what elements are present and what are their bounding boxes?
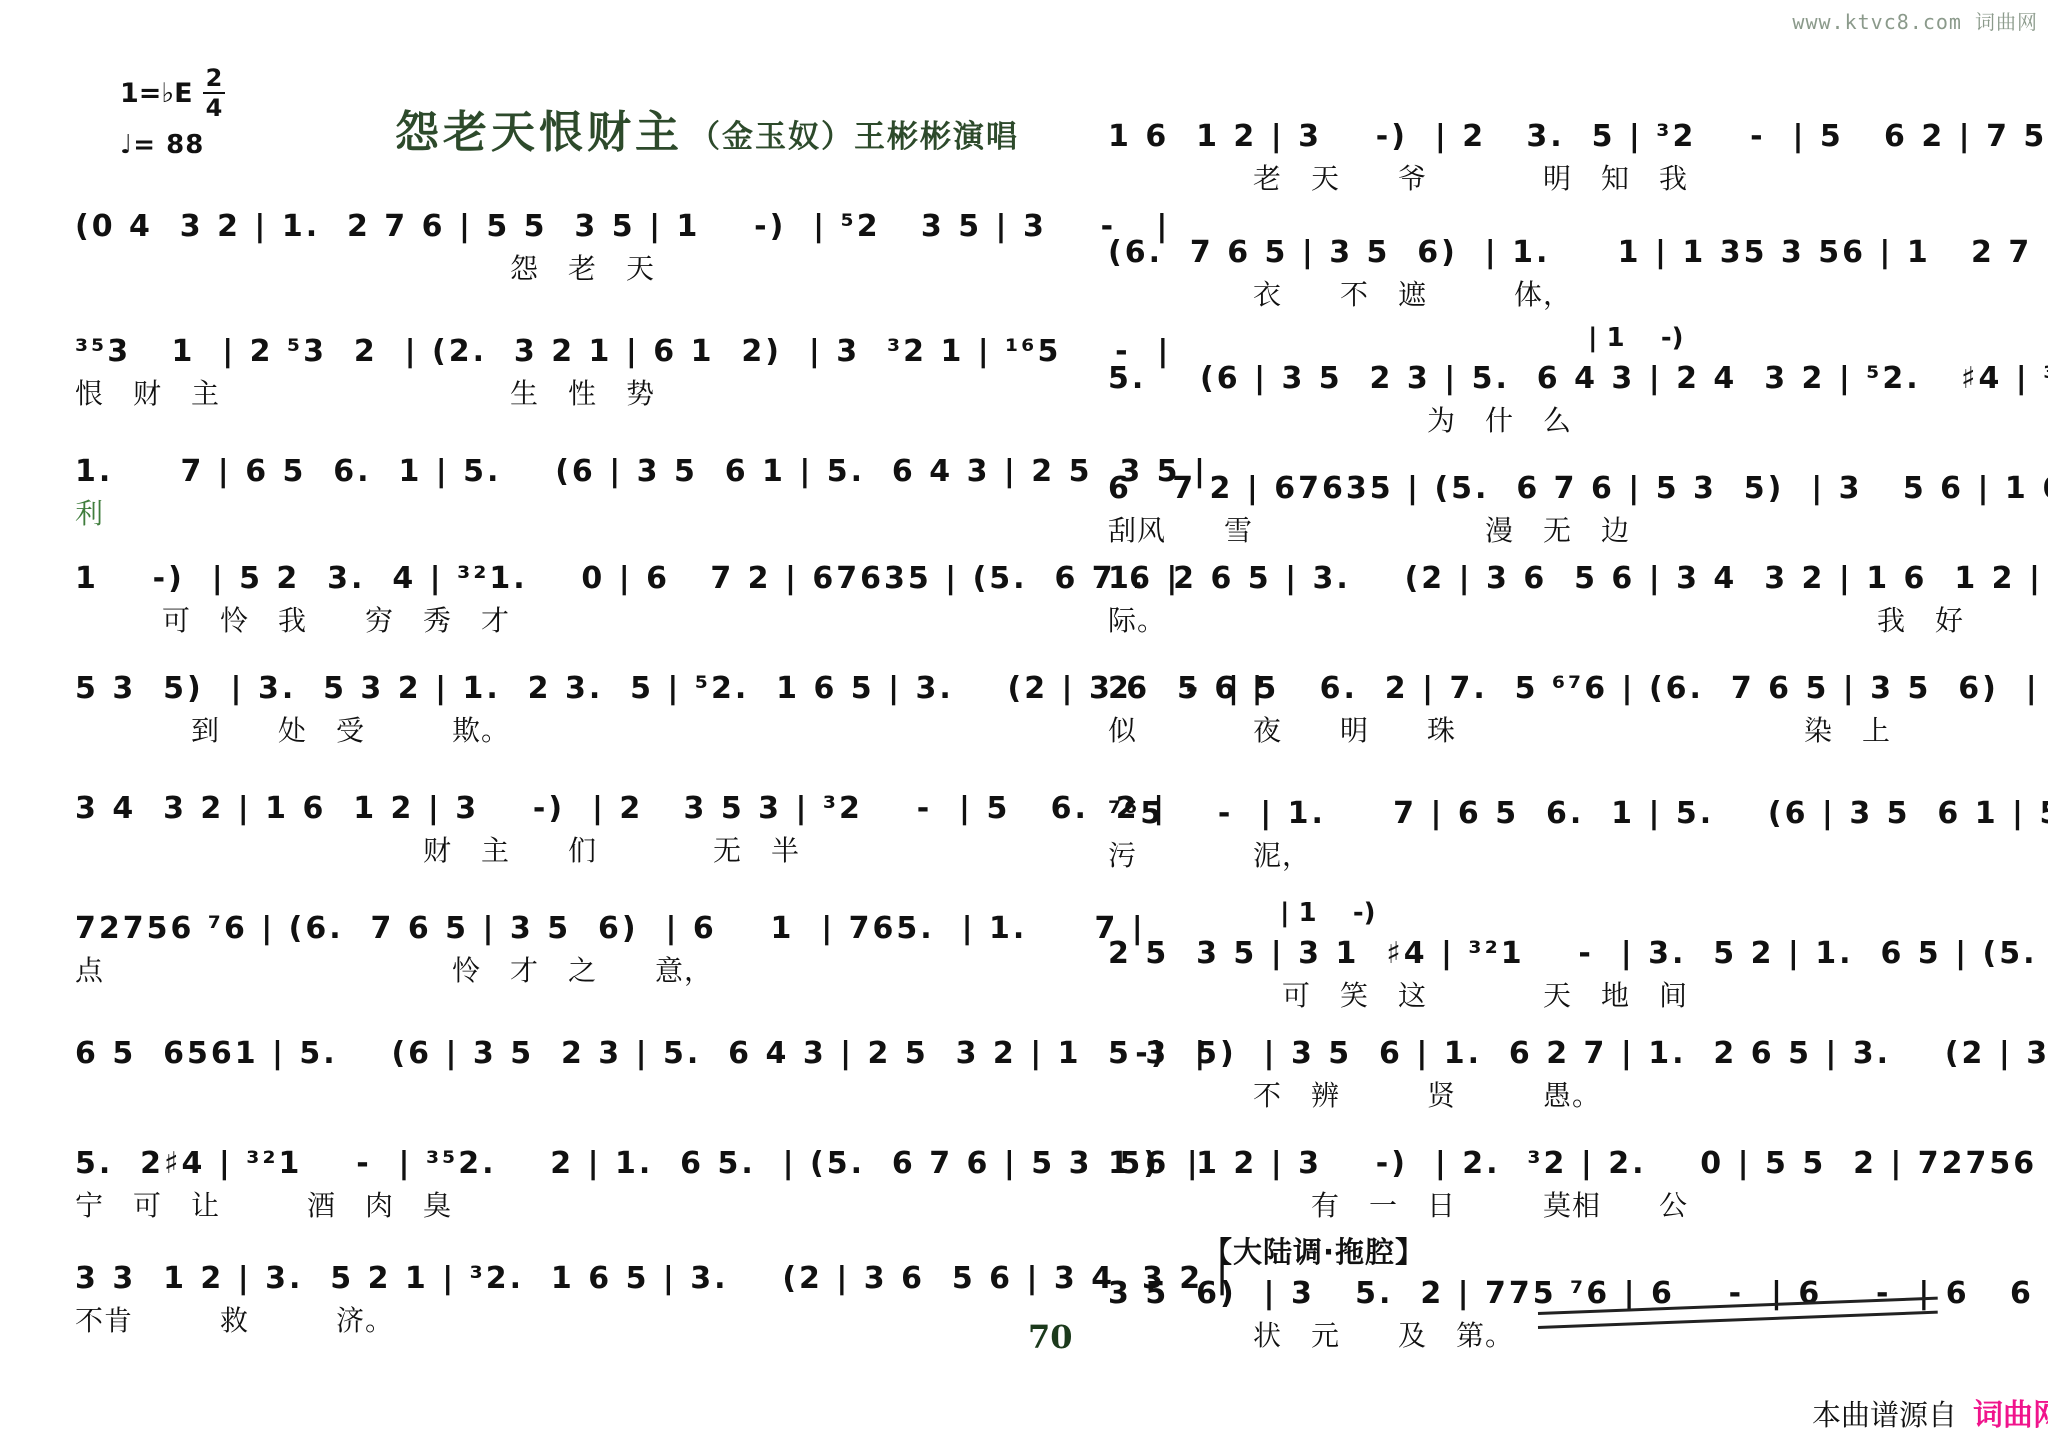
lyrics-line: 似 夜 明 珠 染 上 [1108,711,1988,751]
notation-line: ⁷⁶5 - | 1. 7 | 6 5 6. 1 | 5. (6 | 3 5 6 … [1108,792,1988,836]
music-system: ⁷⁶5 - | 1. 7 | 6 5 6. 1 | 5. (6 | 3 5 6 … [1108,792,1988,876]
music-system: 1 -) | 5 2 3. 4 | ³²1. 0 | 6 7 2 | 67635… [75,557,1035,641]
music-system: ³⁵3 1 | 2 ⁵3 2 | (2. 3 2 1 | 6 1 2) | 3 … [75,330,1035,414]
source-credit: 本曲谱源自词曲网 [1812,1390,2048,1434]
notation-line: 3 5 6) | 3 5. 2 | 775 ⁷6 | 6 - | 6 - | 6… [1108,1272,1988,1316]
lyrics-line: 可 怜 我 穷 秀 才 [75,601,1035,641]
notation-line: 3 4 3 2 | 1 6 1 2 | 3 -) | 2 3 5 3 | ³2 … [75,787,1035,831]
notation-line: (0 4 3 2 | 1. 2 7 6 | 5 5 3 5 | 1 -) | ⁵… [75,205,1035,249]
notation-line: 2 - | 5 6. 2 | 7. 5 ⁶⁷6 | (6. 7 6 5 | 3 … [1108,667,1988,711]
source-prefix: 本曲谱源自 [1812,1398,1957,1432]
notation-line: ³⁵3 1 | 2 ⁵3 2 | (2. 3 2 1 | 6 1 2) | 3 … [75,330,1035,374]
notation-line: 2 5 3 5 | 3 1 ♯4 | ³²1 - | 3. 5 2 | 1. 6… [1108,932,1988,976]
section-label: 【大陆调·拖腔】 [1203,1230,1425,1271]
lyrics-line: 可 笑 这 天 地 间 [1108,976,1988,1016]
lyrics-line: 衣 不 遮 体， [1108,275,1988,315]
lyrics-line: 不 辨 贤 愚。 [1108,1076,1988,1116]
lyrics-line: 际。 我 好 [1108,601,1988,641]
music-system: (6. 7 6 5 | 3 5 6) | 1. 1 | 1 35 3 56 | … [1108,231,1988,315]
music-system: 3 3 1 2 | 3. 5 2 1 | ³2. 1 6 5 | 3. (2 |… [75,1257,1035,1341]
notation-line: 5 3 5) | 3 5 6 | 1. 6 2 7 | 1. 2 6 5 | 3… [1108,1032,1988,1076]
music-system: 3 4 3 2 | 1 6 1 2 | 3 -) | 2 3 5 3 | ³2 … [75,787,1035,871]
notation-line: 6 7 2 | 67635 | (5. 6 7 6 | 5 3 5) | 3 5… [1108,467,1988,511]
source-site-link[interactable]: 词曲网 [1973,1398,2048,1433]
music-system: 1 6 1 2 | 3 -) | 2 3. 5 | ³2 - | 5 6 2 |… [1108,115,1988,199]
music-system: | 1 -)2 5 3 5 | 3 1 ♯4 | ³²1 - | 3. 5 2 … [1108,932,1988,1016]
music-system: 6 7 2 | 67635 | (5. 6 7 6 | 5 3 5) | 3 5… [1108,467,1988,551]
music-system: 2 - | 5 6. 2 | 7. 5 ⁶⁷6 | (6. 7 6 5 | 3 … [1108,667,1988,751]
lyrics-line: 怨 老 天 [75,249,1035,289]
music-system: (0 4 3 2 | 1. 2 7 6 | 5 5 3 5 | 1 -) | ⁵… [75,205,1035,289]
lyrics-line: 利 [75,494,1035,534]
notation-line: 5 3 5) | 3. 5 3 2 | 1. 2 3. 5 | ⁵2. 1 6 … [75,667,1035,711]
page-number: 70 [1028,1318,1073,1356]
music-system: 6 5 6561 | 5. (6 | 3 5 2 3 | 5. 6 4 3 | … [75,1032,1035,1076]
right-score-column: 1 6 1 2 | 3 -) | 2 3. 5 | ³2 - | 5 6 2 |… [1108,0,1988,1448]
music-system: 5. 2♯4 | ³²1 - | ³⁵2. 2 | 1. 6 5. | (5. … [75,1142,1035,1226]
music-system: 5 3 5) | 3. 5 3 2 | 1. 2 3. 5 | ⁵2. 1 6 … [75,667,1035,751]
music-system: | 1 -)5. (6 | 3 5 2 3 | 5. 6 4 3 | 2 4 3… [1108,357,1988,441]
notation-line: 1 -) | 5 2 3. 4 | ³²1. 0 | 6 7 2 | 67635… [75,557,1035,601]
ossia-notation: | 1 -) [1280,898,1376,928]
lyrics-line: 到 处 受 欺。 [75,711,1035,751]
music-system: 1. 7 | 6 5 6. 1 | 5. (6 | 3 5 6 1 | 5. 6… [75,450,1035,534]
lyrics-line: 不肯 救 济。 [75,1301,1035,1341]
lyrics-line: 点 怜 才 之 意， [75,951,1035,991]
lyrics-line: 刮风 雪 漫 无 边 [1108,511,1988,551]
notation-line: 1 6 1 2 | 3 -) | 2 3. 5 | ³2 - | 5 6 2 |… [1108,115,1988,159]
notation-line: 1 6 1 2 | 3 -) | 2. ³2 | 2. 0 | 5 5 2 | … [1108,1142,1988,1186]
lyrics-line: 财 主 们 无 半 [75,831,1035,871]
lyrics-line: 为 什 么 [1108,401,1988,441]
lyrics-line: 污 泥， [1108,836,1988,876]
notation-line: 5. 2♯4 | ³²1 - | ³⁵2. 2 | 1. 6 5. | (5. … [75,1142,1035,1186]
notation-line: 5. (6 | 3 5 2 3 | 5. 6 4 3 | 2 4 3 2 | ⁵… [1108,357,1988,401]
sheet-music-page: www.ktvc8.com 词曲网 1=♭E 2 4 ♩= 88 怨老天恨财主（… [0,0,2048,1448]
music-system: 1 6 1 2 | 3 -) | 2. ³2 | 2. 0 | 5 5 2 | … [1108,1142,1988,1226]
notation-line: 72756 ⁷6 | (6. 7 6 5 | 3 5 6) | 6 1 | 76… [75,907,1035,951]
notation-line: (6. 7 6 5 | 3 5 6) | 1. 1 | 1 35 3 56 | … [1108,231,1988,275]
music-system: 72756 ⁷6 | (6. 7 6 5 | 3 5 6) | 6 1 | 76… [75,907,1035,991]
notation-line: 3 3 1 2 | 3. 5 2 1 | ³2. 1 6 5 | 3. (2 |… [75,1257,1035,1301]
lyrics-line: 恨 财 主 生 性 势 [75,374,1035,414]
lyrics-line: 状 元 及 第。 [1108,1316,1988,1356]
lyrics-line: 宁 可 让 酒 肉 臭 [75,1186,1035,1226]
music-system: 1. 2 6 5 | 3. (2 | 3 6 5 6 | 3 4 3 2 | 1… [1108,557,1988,641]
music-system: 5 3 5) | 3 5 6 | 1. 6 2 7 | 1. 2 6 5 | 3… [1108,1032,1988,1116]
ossia-notation: | 1 -) [1588,323,1684,353]
notation-line: 6 5 6561 | 5. (6 | 3 5 2 3 | 5. 6 4 3 | … [75,1032,1035,1076]
left-score-column: (0 4 3 2 | 1. 2 7 6 | 5 5 3 5 | 1 -) | ⁵… [75,0,1035,1448]
lyrics-line: 老 天 爷 明 知 我 [1108,159,1988,199]
notation-line: 1. 7 | 6 5 6. 1 | 5. (6 | 3 5 6 1 | 5. 6… [75,450,1035,494]
lyrics-line: 有 一 日 莫相 公 [1108,1186,1988,1226]
notation-line: 1. 2 6 5 | 3. (2 | 3 6 5 6 | 3 4 3 2 | 1… [1108,557,1988,601]
